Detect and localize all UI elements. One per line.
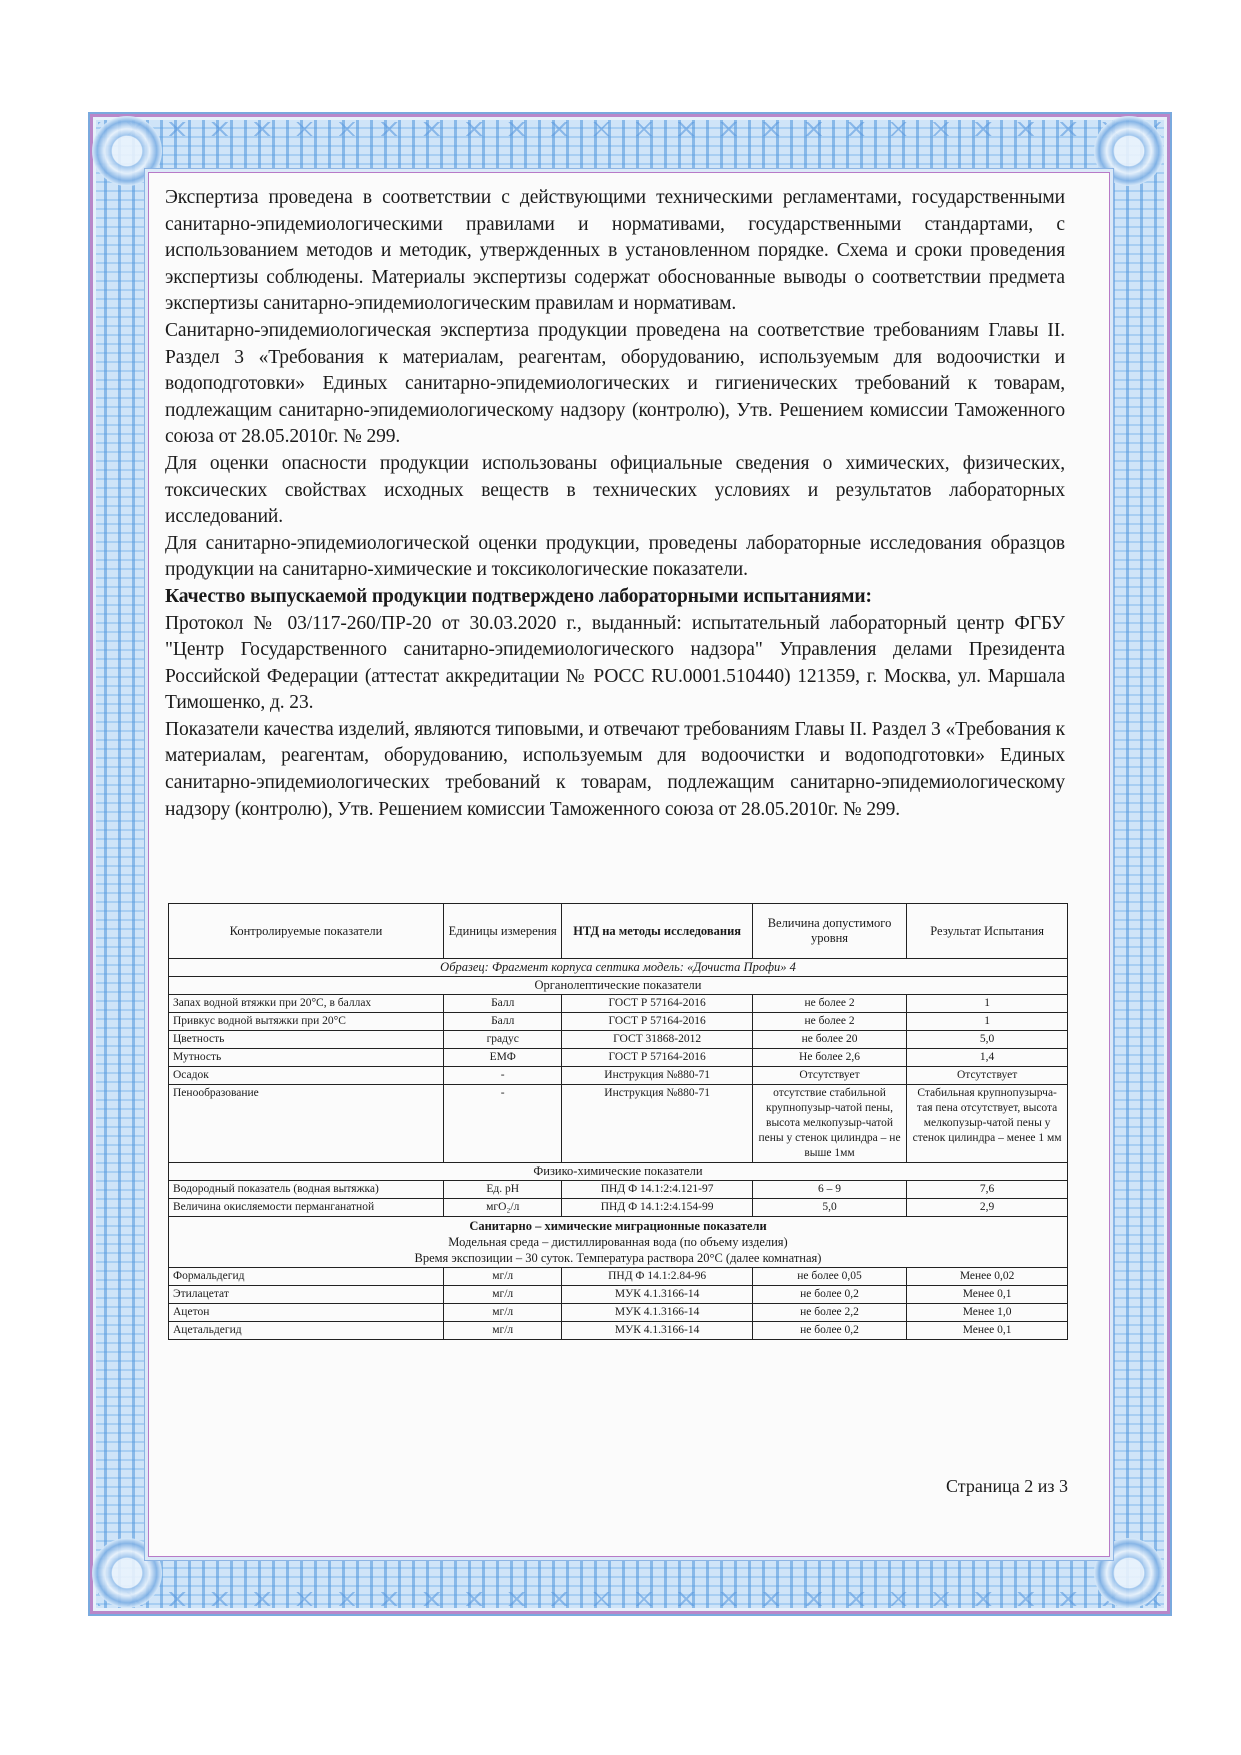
table-row: Запах водной втяжки при 20°С, в баллахБа…	[169, 995, 1068, 1013]
cell-method: ПНД Ф 14.1:2.84-96	[562, 1268, 752, 1286]
cell-name: Мутность	[169, 1049, 444, 1067]
cell-result: Менее 0,1	[907, 1322, 1068, 1340]
cell-name: Этилацетат	[169, 1286, 444, 1304]
cell-result: 7,6	[907, 1181, 1068, 1199]
cell-result: 2,9	[907, 1199, 1068, 1217]
cell-method: ГОСТ Р 57164-2016	[562, 1049, 752, 1067]
cell-limit: не более 0,2	[752, 1286, 906, 1304]
cell-unit: Балл	[443, 1013, 561, 1031]
cell-result: Менее 0,02	[907, 1268, 1068, 1286]
migration-medium: Модельная среда – дистиллированная вода …	[173, 1234, 1063, 1250]
header-indicator: Контролируемые показатели	[169, 904, 444, 959]
paragraph-hazard-assessment: Для оценки опасности продукции использов…	[165, 451, 1065, 531]
physchem-rows: Водородный показатель (водная вытяжка)Ед…	[169, 1181, 1068, 1217]
cell-name: Величина окисляемости перманганатной	[169, 1199, 444, 1217]
cell-result: Стабильная крупнопузырча-тая пена отсутс…	[907, 1085, 1068, 1163]
cell-limit: Не более 2,6	[752, 1049, 906, 1067]
cell-result: 1,4	[907, 1049, 1068, 1067]
cell-unit: мгО₂/л	[443, 1199, 561, 1217]
cell-unit: мг/л	[443, 1304, 561, 1322]
cell-method: ГОСТ 31868-2012	[562, 1031, 752, 1049]
table-row: Осадок-Инструкция №880-71ОтсутствуетОтсу…	[169, 1067, 1068, 1085]
organoleptic-rows: Запах водной втяжки при 20°С, в баллахБа…	[169, 995, 1068, 1163]
cell-unit: градус	[443, 1031, 561, 1049]
cell-limit: не более 20	[752, 1031, 906, 1049]
paragraph-expertise: Экспертиза проведена в соответствии с де…	[165, 185, 1065, 318]
migration-title: Санитарно – химические миграционные пока…	[173, 1218, 1063, 1234]
migration-exposure: Время экспозиции – 30 суток. Температура…	[173, 1250, 1063, 1266]
document-body: Экспертиза проведена в соответствии с де…	[165, 185, 1065, 823]
paragraph-lab-studies: Для санитарно-эпидемиологической оценки …	[165, 531, 1065, 584]
header-method: НТД на методы исследования	[562, 904, 752, 959]
cell-name: Ацетальдегид	[169, 1322, 444, 1340]
cell-result: 1	[907, 995, 1068, 1013]
table-row: Пенообразование-Инструкция №880-71отсутс…	[169, 1085, 1068, 1163]
migration-rows: Формальдегидмг/лПНД Ф 14.1:2.84-96не бол…	[169, 1268, 1068, 1340]
cell-unit: ЕМФ	[443, 1049, 561, 1067]
cell-result: Менее 0,1	[907, 1286, 1068, 1304]
cell-method: МУК 4.1.3166-14	[562, 1304, 752, 1322]
cell-result: Менее 1,0	[907, 1304, 1068, 1322]
test-results-table: Контролируемые показатели Единицы измере…	[168, 903, 1068, 1340]
cell-method: ПНД Ф 14.1:2:4.154-99	[562, 1199, 752, 1217]
cell-unit: мг/л	[443, 1322, 561, 1340]
cell-result: 1	[907, 1013, 1068, 1031]
cell-method: Инструкция №880-71	[562, 1067, 752, 1085]
cell-method: ГОСТ Р 57164-2016	[562, 1013, 752, 1031]
cell-limit: не более 2	[752, 995, 906, 1013]
table-row: Ацетальдегидмг/лМУК 4.1.3166-14не более …	[169, 1322, 1068, 1340]
cell-name: Водородный показатель (водная вытяжка)	[169, 1181, 444, 1199]
table-row: Водородный показатель (водная вытяжка)Ед…	[169, 1181, 1068, 1199]
cell-name: Ацетон	[169, 1304, 444, 1322]
cell-name: Пенообразование	[169, 1085, 444, 1163]
cell-name: Цветность	[169, 1031, 444, 1049]
cell-unit: мг/л	[443, 1286, 561, 1304]
cell-limit: отсутствие стабильной крупнопузыр-чатой …	[752, 1085, 906, 1163]
cell-name: Осадок	[169, 1067, 444, 1085]
table-row: Величина окисляемости перманганатноймгО₂…	[169, 1199, 1068, 1217]
cell-limit: не более 0,05	[752, 1268, 906, 1286]
table-row: Привкус водной вытяжки при 20°СБаллГОСТ …	[169, 1013, 1068, 1031]
cell-limit: 5,0	[752, 1199, 906, 1217]
cell-limit: не более 0,2	[752, 1322, 906, 1340]
cell-name: Формальдегид	[169, 1268, 444, 1286]
paragraph-indicators: Показатели качества изделий, являются ти…	[165, 717, 1065, 823]
cell-unit: -	[443, 1085, 561, 1163]
header-limit: Величина допустимого уровня	[752, 904, 906, 959]
page-number: Страница 2 из 3	[946, 1476, 1068, 1497]
cell-limit: Отсутствует	[752, 1067, 906, 1085]
cell-unit: Балл	[443, 995, 561, 1013]
cell-limit: 6 – 9	[752, 1181, 906, 1199]
cell-unit: мг/л	[443, 1268, 561, 1286]
cell-method: МУК 4.1.3166-14	[562, 1286, 752, 1304]
cell-method: ГОСТ Р 57164-2016	[562, 995, 752, 1013]
cell-name: Запах водной втяжки при 20°С, в баллах	[169, 995, 444, 1013]
cell-limit: не более 2	[752, 1013, 906, 1031]
cell-name: Привкус водной вытяжки при 20°С	[169, 1013, 444, 1031]
paragraph-protocol: Протокол № 03/117-260/ПР-20 от 30.03.202…	[165, 611, 1065, 717]
section-organoleptic: Органолептические показатели	[169, 977, 1068, 995]
table-row: Этилацетатмг/лМУК 4.1.3166-14не более 0,…	[169, 1286, 1068, 1304]
quality-heading: Качество выпускаемой продукции подтвержд…	[165, 584, 1065, 611]
cell-limit: не более 2,2	[752, 1304, 906, 1322]
table-header-row: Контролируемые показатели Единицы измере…	[169, 904, 1068, 959]
cell-unit: -	[443, 1067, 561, 1085]
header-unit: Единицы измерения	[443, 904, 561, 959]
table-row: Формальдегидмг/лПНД Ф 14.1:2.84-96не бол…	[169, 1268, 1068, 1286]
cell-method: Инструкция №880-71	[562, 1085, 752, 1163]
cell-result: 5,0	[907, 1031, 1068, 1049]
cell-result: Отсутствует	[907, 1067, 1068, 1085]
cell-method: ПНД Ф 14.1:2:4.121-97	[562, 1181, 752, 1199]
section-physchem: Физико-химические показатели	[169, 1163, 1068, 1181]
table-row: ЦветностьградусГОСТ 31868-2012не более 2…	[169, 1031, 1068, 1049]
sample-label: Образец: Фрагмент корпуса септика модель…	[169, 959, 1068, 977]
section-migration: Санитарно – химические миграционные пока…	[169, 1217, 1068, 1268]
header-result: Результат Испытания	[907, 904, 1068, 959]
paragraph-requirements: Санитарно-эпидемиологическая экспертиза …	[165, 318, 1065, 451]
cell-method: МУК 4.1.3166-14	[562, 1322, 752, 1340]
cell-unit: Ед. pH	[443, 1181, 561, 1199]
table-row: МутностьЕМФГОСТ Р 57164-2016Не более 2,6…	[169, 1049, 1068, 1067]
table-row: Ацетонмг/лМУК 4.1.3166-14не более 2,2Мен…	[169, 1304, 1068, 1322]
